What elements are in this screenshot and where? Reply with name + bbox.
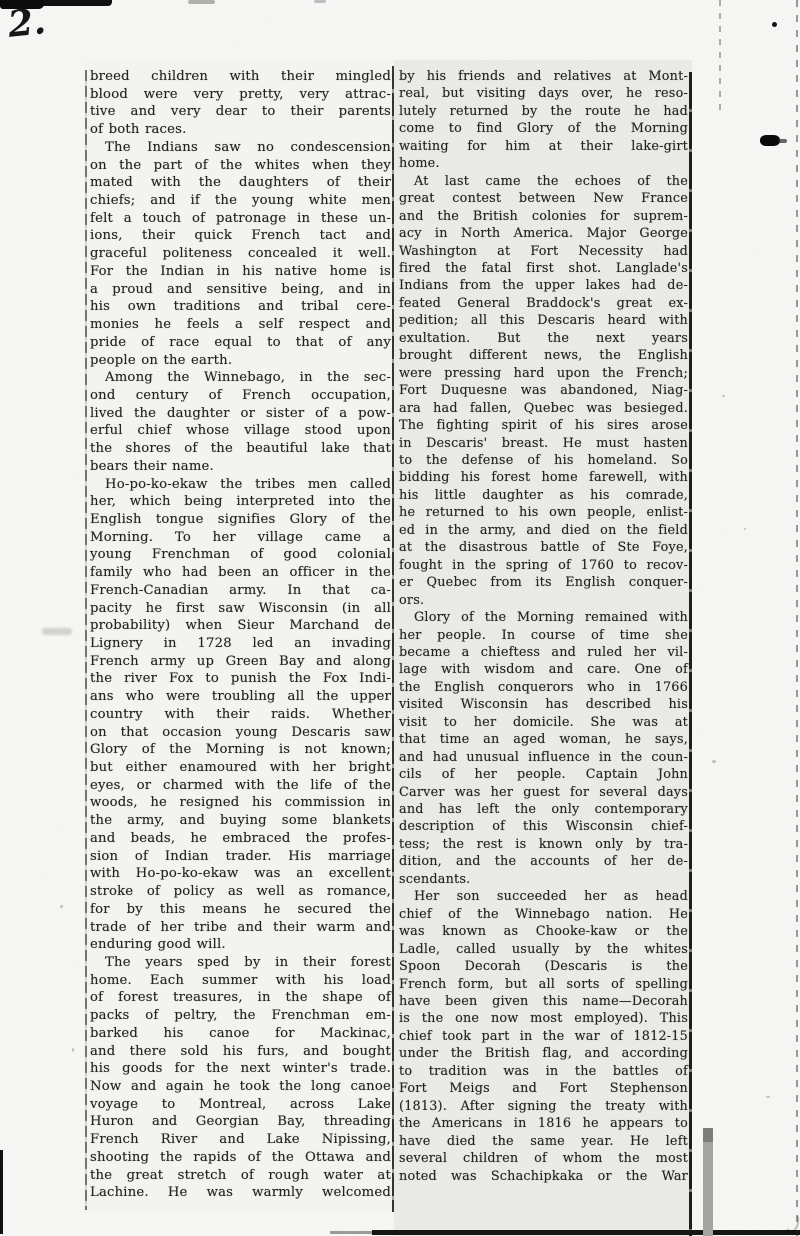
text-line: pacity he first saw Wisconsin (in all [90,600,391,618]
column-divider-rule [392,66,394,1212]
text-line: the shores of the beautiful lake that [90,440,391,458]
text-line: pedition; all this Descaris heard with [399,312,688,329]
text-line: Glory of the Morning is not known; [90,741,391,759]
right-margin-fold-line [796,0,798,1236]
text-line: voyage to Montreal, across Lake [90,1096,391,1114]
text-line: packs of peltry, the Frenchman em- [90,1007,391,1025]
text-line: French River and Lake Nipissing, [90,1131,391,1149]
text-line: real, but visiting days over, he reso- [399,85,688,102]
text-line: feated General Braddock's great ex- [399,295,688,312]
text-line: noted was Schachipkaka or the War [399,1168,688,1185]
text-line: description of this Wisconsin chief- [399,818,688,835]
text-line: chief of the Winnebago nation. He [399,906,688,923]
text-line: his little daughter as his comrade, [399,487,688,504]
text-line: and had unusual influence in the coun- [399,749,688,766]
text-line: fired the fatal first shot. Langlade's [399,260,688,277]
text-line: visited Wisconsin has described his [399,696,688,713]
text-line: English tongue signifies Glory of the [90,511,391,529]
text-line: have died the same year. He left [399,1133,688,1150]
text-line: her, which being interpreted into the [90,493,391,511]
bottom-edge-ink-lead [330,1231,372,1234]
text-line: At last came the echoes of the [399,173,688,190]
paragraph: The years sped by in their foresthome. E… [90,954,391,1202]
newspaper-clipping-scan: 2. breed children with their mingledbloo… [0,0,800,1236]
paragraph: by his friends and relatives at Mont-rea… [399,68,688,173]
paragraph: Among the Winnebago, in the sec-ond cent… [90,369,391,475]
text-line: of both races. [90,121,391,139]
text-line: and has left the only contemporary [399,801,688,818]
text-line: with Ho-po-ko-ekaw was an excellent [90,865,391,883]
paper-speck [766,1096,770,1098]
text-line: woods, he resigned his commission in [90,794,391,812]
text-line: her people. In course of time she [399,627,688,644]
text-line: French army up Green Bay and along [90,653,391,671]
text-line: probability) when Sieur Marchand de [90,617,391,635]
text-line: mated with the daughters of their [90,174,391,192]
text-line: Washington at Fort Necessity had [399,243,688,260]
text-line: lutely returned by the route he had [399,103,688,120]
text-line: Lachine. He was warmly welcomed [90,1184,391,1202]
text-line: to the defense of his homeland. So [399,452,688,469]
text-line: young Frenchman of good colonial [90,546,391,564]
text-line: (1813). After signing the treaty with [399,1098,688,1115]
text-line: acy in North America. Major George [399,225,688,242]
text-line: Ho-po-ko-ekaw the tribes men called [90,476,391,494]
text-line: on the part of the whites when they [90,157,391,175]
text-line: shooting the rapids of the Ottawa and [90,1149,391,1167]
text-line: home. Each summer with his load [90,972,391,990]
text-line: ors. [399,592,688,609]
text-line: at the disastrous battle of Ste Foye, [399,539,688,556]
text-line: ond century of French occupation, [90,387,391,405]
top-edge-ink-blob [0,0,44,9]
text-line: Morning. To her village came a [90,529,391,547]
text-line: the Americans in 1816 he appears to [399,1115,688,1132]
text-line: ans who were troubling all the upper [90,688,391,706]
article-column-right: by his friends and relatives at Mont-rea… [399,68,688,1185]
paper-speck [744,528,746,530]
top-edge-smudge-mark [188,0,215,4]
text-line: on that occasion young Descaris saw [90,724,391,742]
text-line: and the British colonies for suprem- [399,208,688,225]
text-line: Her son succeeded her as head [399,888,688,905]
text-line: of forest treasures, in the shape of [90,989,391,1007]
text-line: Glory of the Morning remained with [399,609,688,626]
ink-dot-mark [772,22,777,27]
text-line: fought in the spring of 1760 to recov- [399,557,688,574]
text-line: tess; the rest is known only by tra- [399,836,688,853]
text-line: Fort Meigs and Fort Stephenson [399,1080,688,1097]
text-line: stroke of policy as well as romance, [90,883,391,901]
text-line: became a chieftess and ruled her vil- [399,644,688,661]
text-line: cils of her people. Captain John [399,766,688,783]
paper-speck [60,905,63,908]
text-line: sion of Indian trader. His marriage [90,848,391,866]
text-line: ed in the army, and died on the field [399,522,688,539]
right-column-right-rule [689,72,692,1236]
text-line: dition, and the accounts of her de- [399,853,688,870]
text-line: the English conquerors who in 1766 [399,679,688,696]
bottom-edge-ink-bar [372,1230,800,1235]
text-line: Now and again he took the long canoe [90,1078,391,1096]
text-line: come to find Glory of the Morning [399,120,688,137]
paragraph: Ho-po-ko-ekaw the tribes men calledher, … [90,476,391,954]
text-line: that time an aged woman, he says, [399,731,688,748]
text-line: ions, their quick French tact and [90,227,391,245]
text-line: ara had fallen, Quebec was besieged. [399,400,688,417]
paragraph: Glory of the Morning remained withher pe… [399,609,688,888]
text-line: The years sped by in their forest [90,954,391,972]
text-line: he returned to his own people, enlist- [399,504,688,521]
text-line: barked his canoe for Mackinac, [90,1025,391,1043]
text-line: for by this means he secured the [90,901,391,919]
text-line: Indians from the upper lakes had de- [399,277,688,294]
text-line: is the one now most employed). This [399,1010,688,1027]
text-line: the army, and buying some blankets [90,812,391,830]
text-line: country with their raids. Whether [90,706,391,724]
text-line: family who had been an officer in the [90,564,391,582]
text-line: home. [399,155,688,172]
text-line: The Indians saw no condescension [90,139,391,157]
text-line: enduring good will. [90,936,391,954]
text-line: his own traditions and tribal cere- [90,298,391,316]
text-line: French-Canadian army. In that ca- [90,582,391,600]
paragraph: Her son succeeded her as headchief of th… [399,888,688,1185]
text-line: Lignery in 1728 led an invading [90,635,391,653]
text-line: blood were very pretty, very attrac- [90,86,391,104]
article-column-left: breed children with their mingledblood w… [90,68,391,1202]
right-margin-dash-mark [719,0,721,112]
text-line: but either enamoured with her bright [90,759,391,777]
text-line: Spoon Decorah (Descaris is the [399,958,688,975]
paper-speck [72,1048,74,1052]
text-line: the great stretch of rough water at [90,1167,391,1185]
text-line: have been given this name—Decorah [399,993,688,1010]
text-line: tive and very dear to their parents [90,103,391,121]
text-line: by his friends and relatives at Mont- [399,68,688,85]
bottom-left-ink-mark [0,1150,3,1234]
pencil-smudge-mark [42,628,72,635]
text-line: bidding his forest home farewell, with [399,469,688,486]
text-line: his goods for the next winter's trade. [90,1060,391,1078]
paragraph: The Indians saw no condescensionon the p… [90,139,391,369]
text-line: eyes, or charmed with the life of the [90,777,391,795]
text-line: chief took part in the war of 1812-15 [399,1028,688,1045]
text-line: visit to her domicile. She was at [399,714,688,731]
paper-speck [722,395,725,397]
ink-blot-mark [760,135,780,146]
text-line: For the Indian in his native home is [90,263,391,281]
scan-shadow-band [703,1128,713,1236]
text-line: in Descaris' breast. He must hasten [399,435,688,452]
text-line: Ladle, called usually by the whites [399,941,688,958]
text-line: graceful politeness concealed it well. [90,245,391,263]
text-line: and beads, he embraced the profes- [90,830,391,848]
text-line: French form, but all sorts of spelling [399,976,688,993]
text-line: the river Fox to punish the Fox Indi- [90,670,391,688]
text-line: Carver was her guest for several days [399,784,688,801]
text-line: lived the daughter or sister of a pow- [90,405,391,423]
text-line: lage with wisdom and care. One of [399,661,688,678]
text-line: bears their name. [90,458,391,476]
text-line: Among the Winnebago, in the sec- [90,369,391,387]
text-line: chiefs; and if the young white men [90,192,391,210]
text-line: people on the earth. [90,352,391,370]
text-line: under the British flag, and according [399,1045,688,1062]
paragraph: At last came the echoes of thegreat cont… [399,173,688,609]
text-line: monies he feels a self respect and [90,316,391,334]
text-line: were pressing hard upon the French; [399,365,688,382]
text-line: several children of whom the most [399,1150,688,1167]
text-line: brought different news, the English [399,347,688,364]
text-line: Huron and Georgian Bay, threading [90,1113,391,1131]
paper-speck [712,760,716,763]
text-line: scendants. [399,871,688,888]
text-line: to tradition was in the battles of [399,1063,688,1080]
text-line: Fort Duquesne was abandoned, Niag- [399,382,688,399]
text-line: great contest between New France [399,190,688,207]
text-line: a proud and sensitive being, and in [90,281,391,299]
text-line: er Quebec from its English conquer- [399,574,688,591]
paragraph: breed children with their mingledblood w… [90,68,391,139]
text-line: pride of race equal to that of any [90,334,391,352]
text-line: exultation. But the next years [399,330,688,347]
text-line: was known as Chooke-kaw or the [399,923,688,940]
text-line: breed children with their mingled [90,68,391,86]
left-column-left-rule [85,70,87,1210]
top-edge-smudge-mark [314,0,326,3]
text-line: waiting for him at their lake-girt [399,138,688,155]
text-line: erful chief whose village stood upon [90,422,391,440]
text-line: and there sold his furs, and bought [90,1043,391,1061]
text-line: felt a touch of patronage in these un- [90,210,391,228]
text-line: The fighting spirit of his sires arose [399,417,688,434]
text-line: trade of her tribe and their warm and [90,919,391,937]
